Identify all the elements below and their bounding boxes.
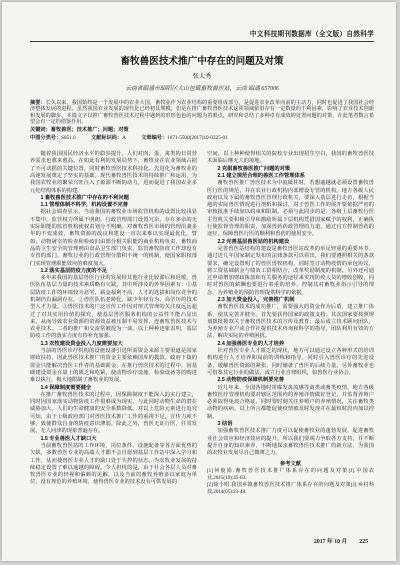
body-paragraph: 随着我国国民经济水平的稳步提升，人们对肉、蛋、禽类的日常营养需求也愈来愈高。在如… — [30, 151, 197, 195]
subsection-heading: 1.5 专业兽医人才缺口大 — [30, 436, 197, 443]
subsection-heading: 1.3 农牧建设资金投入力度需要加大 — [30, 341, 197, 348]
keywords-label: 关键词： — [30, 127, 51, 133]
right-column: 空间。以上种种使得相关的院校专业出现招生空白，我国的畜牧兽医技术面临后继无人的境… — [207, 151, 374, 495]
body-paragraph: 据社会调查显示，当前我国的畜牧业市场监管机构的设置比较浅显不集中，监管权力所属不… — [30, 209, 197, 267]
left-column: 随着我国国民经济水平的稳步提升，人们对肉、蛋、禽类的日常营养需求也愈来愈高。在如… — [30, 151, 197, 495]
body-paragraph: 针对兽医专业人才匮乏的现状，地方可以通过设立各种形式的培训机构进行人才培养和岗前… — [207, 348, 374, 377]
clc-label: 中图分类号： — [30, 135, 61, 141]
subsection-heading: 1.2 落实基层防疫力度的不足 — [30, 268, 197, 275]
reference-item: [1]何俊娟.畜牧兽医技术推广体系存在的问题及对策[J].中国农业,2015(1… — [207, 468, 374, 482]
doc-code-value: A — [122, 135, 126, 141]
references-heading: 参考文献 — [207, 461, 374, 468]
footer-date: 2017 年 10 月 — [314, 539, 347, 545]
article-no-value: 1671-5500(2017)10-0225-01 — [167, 135, 228, 141]
reference-item: [2]徐小明.我国乡镇畜牧兽医技术推广体系存在的问题及对策[J].乡村科技,20… — [207, 482, 374, 496]
doc-code-label: 文献标识码： — [91, 135, 122, 141]
page-content: 中文科技期刊数据库（全文版）自然科学 畜牧兽医技术推广中存在的问题及对策 张太秀… — [30, 28, 374, 540]
clc-value: S851.6 — [61, 135, 76, 141]
section-heading: 2 克服畜牧兽医推广问题的对策 — [207, 166, 374, 173]
body-paragraph: 在推广畜牧兽医技术的过程中，因保障制度不能深入的实行建立，同时因国家落实动物防疫… — [30, 392, 197, 436]
subsection-heading: 2.2 完善基层兽医站的机构建设 — [207, 239, 374, 246]
body-paragraph: 完善兽医站结构的建设是畜牧兽医站改革的举足轻重的重要环节。通过近几年国家制定发布… — [207, 246, 374, 297]
header-rule — [30, 41, 374, 42]
body-paragraph: 当前的兽医诊疗机构的设施设备引进所需资金来源主要渠道是国家财政扶持，因此兽医技术… — [30, 348, 197, 384]
paper-page: 中文科技期刊数据库（全文版）自然科学 畜牧兽医技术推广中存在的问题及对策 张太秀… — [2, 2, 396, 561]
abstract-text: 长久以来，我国始终是一个发展中的农业大国，畜牧业作为农业结构的重要组成部分，是促… — [30, 100, 374, 126]
body-paragraph: 空间。以上种种使得相关的院校专业出现招生空白，我国的畜牧兽医技术面临后继无人的境… — [207, 151, 374, 166]
body-columns: 随着我国国民经济水平的稳步提升，人们对肉、蛋、禽类的日常营养需求也愈来愈高。在如… — [30, 151, 374, 495]
subsection-heading: 2.5 动物防疫保障机制要完善 — [207, 377, 374, 384]
body-paragraph: 加强畜牧兽医技术推广力度可以促使畜牧业的蓬勃发展，促进畜牧业社会效应和经济效应的… — [207, 428, 374, 457]
page-footer: 2017 年 10 月225 — [314, 536, 368, 545]
abstract-label: 摘要： — [30, 100, 46, 106]
keywords-line: 关键词：畜牧兽医；技术推广；问题；对策 — [30, 127, 374, 134]
abstract-block: 摘要：长久以来，我国始终是一个发展中的农业大国，畜牧业作为农业结构的重要组成部分… — [30, 100, 374, 126]
body-paragraph: 畜牧兽医推广兽医技术为中流砥柱时，若想逾越就必须设置畜牧兽医行医的规范，并在农业… — [207, 180, 374, 238]
keywords-text: 畜牧兽医；技术推广；问题；对策 — [51, 127, 129, 133]
subsection-heading: 1.4 保障制度需要健全 — [30, 385, 197, 392]
body-paragraph: 多年来我国的基层兽医行业的发展较其他行业比较滞后和迟缓，兽医队伍基层力量的技术素… — [30, 275, 197, 341]
body-paragraph: 近几年来，全国各地时常爆发禽流感等禽类或畜类疫情，地方各级畜牧医疗管理机构要对辖… — [207, 385, 374, 421]
subsection-heading: 2.4 加强兽医专业的人才培养 — [207, 341, 374, 348]
body-paragraph: 畜牧兽医技术的成功推广，需要强大的资金作为后盾，建立推广体系，使其完善并健全。首… — [207, 304, 374, 340]
paper-title: 畜牧兽医技术推广中存在的问题及对策 — [30, 53, 374, 67]
classification-line: 中图分类号：S851.6 文献标识码：A 文章编号：1671-5500(2017… — [30, 135, 374, 142]
body-paragraph: 当前畜牧兽医站的工作环境、岗位条件、设施配备等各方面优势的欠缺，多数兽医专业的高… — [30, 443, 197, 487]
author-name: 张太秀 — [30, 71, 374, 80]
journal-database-label: 中文科技期刊数据库（全文版）自然科学 — [30, 28, 374, 38]
author-affiliation: 云南省昭通市昭阳区大山包镇畜牧兽医站，云南 昭通 657006 — [30, 83, 374, 92]
page-number: 225 — [359, 539, 368, 545]
article-no-label: 文章编号： — [141, 135, 167, 141]
